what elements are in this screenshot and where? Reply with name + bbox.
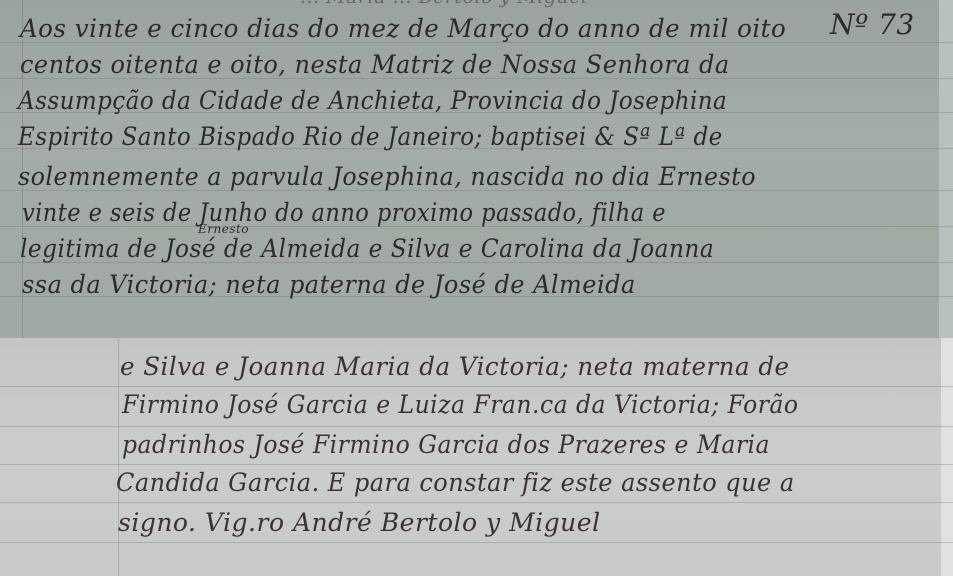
- record-number: Nº 73: [830, 8, 915, 41]
- record-line-7: legitima de José de Almeida e Silva e Ca…: [20, 234, 714, 263]
- bottom-scan-panel: e Silva e Joanna Maria da Victoria; neta…: [0, 338, 953, 576]
- ruled-line: [0, 542, 953, 543]
- record-line-1: Aos vinte e cinco dias do mez de Março d…: [20, 14, 786, 43]
- ruled-line: [0, 426, 953, 427]
- record-line-8: ssa da Victoria; neta paterna de José de…: [22, 270, 636, 299]
- record-line-3: Assumpção da Cidade de Anchieta, Provinc…: [18, 86, 727, 115]
- top-scan-panel: ... Maria ... Bertolo y Miguel Aos vinte…: [0, 0, 953, 338]
- document-page: ... Maria ... Bertolo y Miguel Aos vinte…: [0, 0, 953, 576]
- margin-line: [118, 338, 119, 576]
- scan-edge: [941, 338, 953, 576]
- record-line-9: e Silva e Joanna Maria da Victoria; neta…: [120, 352, 789, 381]
- record-line-6: vinte e seis de Junho do anno proximo pa…: [22, 198, 666, 227]
- ruled-line: [0, 464, 953, 465]
- record-line-13-signature: signo. Vig.ro André Bertolo y Miguel: [118, 508, 601, 537]
- record-line-11: padrinhos José Firmino Garcia dos Prazer…: [122, 430, 770, 459]
- record-line-12: Candida Garcia. E para constar fiz este …: [116, 468, 795, 497]
- scan-edge: [939, 0, 953, 338]
- ruled-line: [0, 502, 953, 503]
- record-line-4: Espirito Santo Bispado Rio de Janeiro; b…: [18, 122, 723, 151]
- record-line-10: Firmino José Garcia e Luiza Fran.ca da V…: [122, 390, 799, 419]
- record-line-2: centos oitenta e oito, nesta Matriz de N…: [20, 50, 730, 79]
- ruled-line: [0, 386, 953, 387]
- record-line-5: solemnemente a parvula Josephina, nascid…: [18, 162, 756, 191]
- cut-off-header-text: ... Maria ... Bertolo y Miguel: [300, 0, 588, 8]
